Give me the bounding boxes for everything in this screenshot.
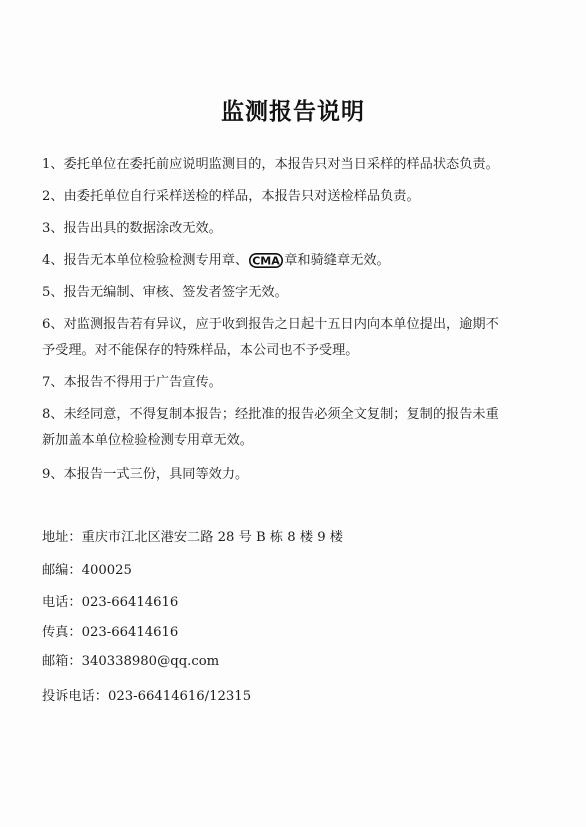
clause-number: 7、	[42, 375, 64, 390]
contact-address: 地址：重庆市江北区港安二路 28 号 B 栋 8 楼 9 楼	[42, 528, 343, 548]
complaint-label: 投诉电话：	[42, 689, 108, 704]
clause-text: 本报告不得用于广告宣传。	[64, 375, 222, 390]
contact-phone: 电话：023-66414616	[42, 593, 178, 613]
cma-stamp-icon: CMA	[249, 252, 283, 267]
clause-number: 5、	[42, 285, 64, 300]
clause-6: 6、对监测报告若有异议，应于收到报告之日起十五日内向本单位提出，逾期不 予受理。…	[42, 312, 562, 364]
clause-5: 5、报告无编制、审核、签发者签字无效。	[42, 280, 562, 306]
contact-fax: 传真：023-66414616	[42, 623, 178, 643]
document-page: 监测报告说明 1、委托单位在委托前应说明监测目的，本报告只对当日采样的样品状态负…	[0, 0, 586, 827]
clause-text: 报告无编制、审核、签发者签字无效。	[64, 285, 288, 300]
clause-number: 2、	[42, 189, 64, 204]
svg-text:CMA: CMA	[252, 255, 280, 268]
fax-value: 023-66414616	[82, 625, 179, 640]
clause-number: 3、	[42, 221, 64, 236]
clause-text: 委托单位在委托前应说明监测目的，本报告只对当日采样的样品状态负责。	[64, 157, 499, 172]
clause-3: 3、报告出具的数据涂改无效。	[42, 216, 562, 242]
clause-number: 6、	[42, 317, 64, 332]
complaint-value: 023-66414616/12315	[108, 689, 251, 704]
clause-number: 9、	[42, 467, 64, 482]
email-value: 340338980@qq.com	[82, 654, 220, 669]
clause-4: 4、报告无本单位检验检测专用章、CMA章和骑缝章无效。	[42, 248, 562, 274]
postcode-value: 400025	[82, 563, 132, 578]
email-label: 邮箱：	[42, 654, 82, 669]
clause-9: 9、本报告一式三份，具同等效力。	[42, 462, 562, 488]
phone-value: 023-66414616	[82, 595, 179, 610]
clause-8: 8、未经同意，不得复制本报告；经批准的报告必须全文复制；复制的报告未重 新加盖本…	[42, 402, 562, 454]
clause-continuation: 予受理。对不能保存的特殊样品，本公司也不予受理。	[42, 338, 562, 364]
clause-7: 7、本报告不得用于广告宣传。	[42, 370, 562, 396]
clause-number: 8、	[42, 407, 64, 422]
clause-2: 2、由委托单位自行采样送检的样品，本报告只对送检样品负责。	[42, 184, 562, 210]
clause-text-before: 报告无本单位检验检测专用章、	[64, 253, 249, 268]
contact-complaint: 投诉电话：023-66414616/12315	[42, 687, 251, 707]
address-value: 重庆市江北区港安二路 28 号 B 栋 8 楼 9 楼	[82, 530, 343, 545]
clause-number: 4、	[42, 253, 64, 268]
clause-text: 对监测报告若有异议，应于收到报告之日起十五日内向本单位提出，逾期不	[64, 317, 499, 332]
clause-text: 报告出具的数据涂改无效。	[64, 221, 222, 236]
fax-label: 传真：	[42, 625, 82, 640]
clause-number: 1、	[42, 157, 64, 172]
clause-text-after: 章和骑缝章无效。	[284, 253, 390, 268]
clause-text: 未经同意，不得复制本报告；经批准的报告必须全文复制；复制的报告未重	[64, 407, 499, 422]
postcode-label: 邮编：	[42, 563, 82, 578]
clause-text: 由委托单位自行采样送检的样品，本报告只对送检样品负责。	[64, 189, 420, 204]
address-label: 地址：	[42, 530, 82, 545]
clause-text: 本报告一式三份，具同等效力。	[64, 467, 249, 482]
phone-label: 电话：	[42, 595, 82, 610]
contact-email: 邮箱：340338980@qq.com	[42, 652, 219, 672]
contact-postcode: 邮编：400025	[42, 561, 132, 581]
clause-continuation: 新加盖本单位检验检测专用章无效。	[42, 428, 562, 454]
clause-1: 1、委托单位在委托前应说明监测目的，本报告只对当日采样的样品状态负责。	[42, 152, 562, 178]
page-title: 监测报告说明	[0, 93, 586, 126]
